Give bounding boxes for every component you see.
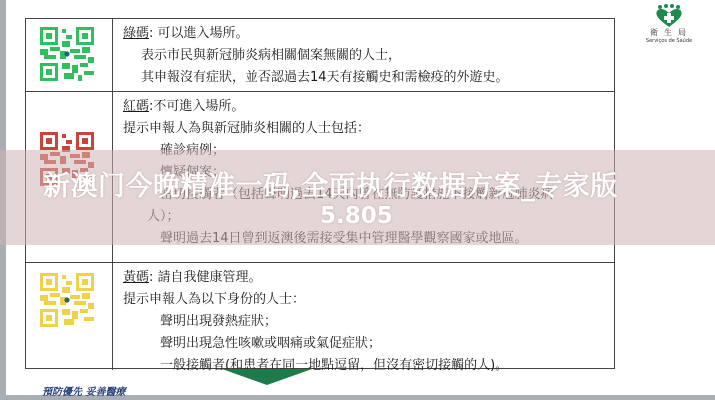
- yellow-code-row: 黃碼: 請自我健康管理。 提示申報人為以下身份的人士： 聲明出現發熱症狀； 聲明…: [26, 263, 614, 370]
- qr-cell: [26, 19, 113, 91]
- green-code-description: 綠碼: 可以進入場所。 表示市民與新冠肺炎病相關個案無關的人士， 其申報沒有症狀…: [123, 23, 608, 89]
- logo-name-portuguese: Serviços de Saúde: [644, 38, 694, 45]
- footer-slogan: 預防優先 妥善醫療: [42, 383, 125, 398]
- health-bureau-logo: 衛生局 Serviços de Saúde: [644, 4, 694, 45]
- yellow-code-line: 聲明出現急性咳嗽或咽痛或氣促症狀；: [123, 333, 608, 355]
- green-code-line: 其申報沒有症狀，並否認過去14天有接觸史和需檢疫的外遊史。: [123, 67, 608, 89]
- logo-name-chinese: 衛生局: [648, 28, 694, 38]
- down-arrow-icon: [222, 369, 312, 385]
- heart-cross-icon: [654, 4, 684, 28]
- yellow-code-line: 提示申報人為以下身份的人士：: [123, 289, 608, 311]
- green-code-label: 綠碼: [123, 26, 149, 41]
- overlay-title: 新澳门今晚精准一码,全面执行数据方案_专家版: [43, 164, 618, 203]
- green-code-rule: : 可以進入場所。: [149, 26, 249, 41]
- yellow-code-description: 黃碼: 請自我健康管理。 提示申報人為以下身份的人士： 聲明出現發熱症狀； 聲明…: [123, 267, 608, 377]
- yellow-code-rule: : 請自我健康管理。: [149, 270, 262, 285]
- yellow-code-line: 聲明出現發熱症狀；: [123, 311, 608, 333]
- red-code-label: 紅碼: [123, 99, 149, 114]
- yellow-qr-code-icon: [40, 273, 94, 327]
- green-code-line: 表示市民與新冠肺炎病相關個案無關的人士，: [123, 45, 608, 67]
- red-code-rule: :不可進入場所。: [149, 99, 244, 114]
- green-code-row: 綠碼: 可以進入場所。 表示市民與新冠肺炎病相關個案無關的人士， 其申報沒有症狀…: [26, 19, 614, 92]
- red-code-line: 提示申報人為與新冠肺炎相關的人士包括：: [123, 118, 608, 140]
- qr-cell: [26, 263, 113, 370]
- yellow-code-line: 一般接觸者(和患者在同一地點逗留，但沒有密切接觸的人)。: [123, 355, 608, 377]
- overlay-subtitle: 5.805: [320, 203, 393, 229]
- green-qr-code-icon: [40, 27, 94, 81]
- yellow-code-label: 黃碼: [123, 270, 149, 285]
